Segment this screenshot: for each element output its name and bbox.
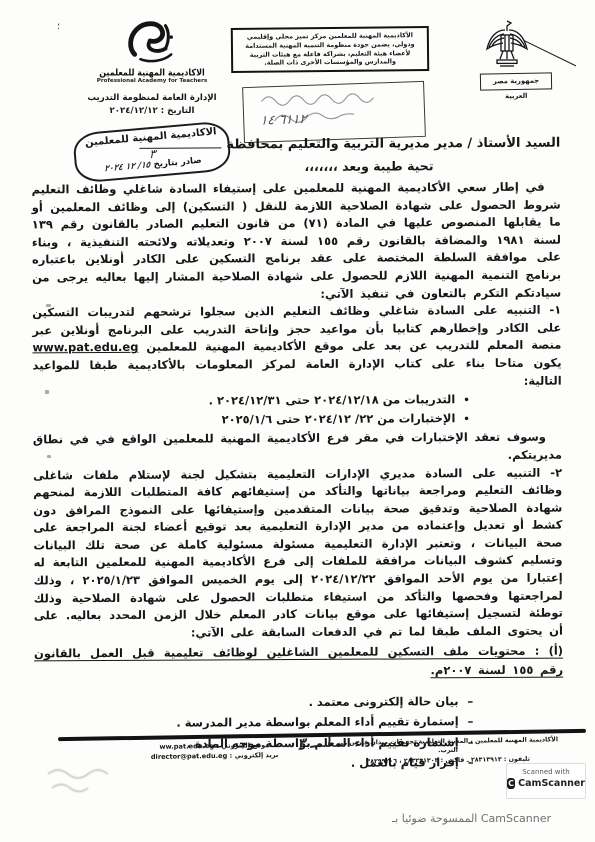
pat-website-link: www.pat.edu.eg [32, 340, 138, 355]
greeting-line: تحية طيبة وبعد ،،،،،،، [31, 157, 433, 176]
scan-artifact: ؛ [57, 22, 60, 32]
academy-name-arabic: الاكاديمية المهنية للمعلمين [86, 67, 218, 77]
scanned-letter-page: الاكاديمية المهنية للمعلمين Professional… [0, 0, 595, 842]
section-a-heading: (أ) : محتويات ملف التسكين للمعلمين الشاغ… [34, 642, 563, 682]
intro-paragraph: في إطار سعي الأكاديمية المهنية للمعلمين … [32, 179, 562, 305]
item-2-paragraph: ٢- التنبيه على السادة مديري الإدارات الت… [33, 464, 563, 643]
trainings-dates-bullet: • التدريبات من ٢٠٢٤/١٢/١٨ حتى ٢٠٢٤/١٢/٣١… [33, 391, 470, 412]
footer-email-address: director@pat.edu.eg [151, 752, 228, 761]
academy-logo: الاكاديمية المهنية للمعلمين Professional… [86, 16, 218, 84]
bullet-dot-icon: • [463, 414, 469, 425]
country-label: جمهورية مصر العربية [480, 72, 552, 90]
governorate-blank-line [140, 144, 222, 148]
letter-date: التاريخ : ٢٠٢٤/١٢/١٢ [84, 105, 220, 118]
received-stamp: ٦١١٢ ١٤ [242, 81, 426, 143]
letter-body: السيد الأستاذ / مدير مديرية التربية والت… [31, 135, 563, 776]
camscanner-badge: Scanned with C CamScanner [506, 763, 586, 799]
exams-dates-bullet: • الإختبارات من ٢٢/ ٢٠٢٤/١٢ حتى ٢٠٢٥/١/٦ [33, 410, 470, 431]
academy-calligraphy-icon [121, 16, 183, 64]
bullet-dot-icon: • [463, 395, 469, 406]
egypt-eagle-emblem-icon [484, 18, 530, 74]
footer-contact-block: موقع إلكتروني : ww.pat.edu.eg بريد إلكتر… [122, 740, 307, 763]
handwriting-scribble-icon [243, 82, 421, 138]
issuing-department: الإدارة العامة لمنظومة التدريب التاريخ :… [84, 92, 220, 118]
camscanner-watermark: الممسوحة ضوئيا بـ CamScanner [392, 812, 551, 825]
academy-name-english: Professional Academy for Teachers [86, 78, 218, 84]
department-name: الإدارة العامة لمنظومة التدريب [84, 92, 220, 105]
item-1-paragraph: ١- التنبيه على السادة شاغلي وظائف التعلي… [32, 302, 561, 393]
vision-statement-box: الأكاديمية المهنية للمعلمين مركز تميز مح… [231, 26, 429, 73]
checklist-item: – بيان حالة إلكترونى معتمد . [34, 691, 473, 714]
dash-marker-icon: – [468, 694, 474, 708]
salutation-line: السيد الأستاذ / مدير مديرية التربية والت… [31, 135, 560, 156]
camscanner-icon: C [507, 778, 515, 789]
schedule-bullet-list: • التدريبات من ٢٠٢٤/١٢/١٨ حتى ٢٠٢٤/١٢/٣١… [33, 391, 470, 430]
dash-marker-icon: – [468, 715, 474, 729]
pen-stroke-mark [524, 40, 577, 66]
camscanner-label: CamScanner [518, 778, 585, 789]
exams-location-note: وسوف تعقد الإختبارات في مقر فرع الأكاديم… [33, 429, 562, 467]
received-stamp-digits: ٦١١٢ ١٤ [260, 112, 307, 129]
footer-website-url: ww.pat.edu.eg [159, 742, 214, 751]
scanned-with-label: Scanned with [507, 768, 585, 776]
